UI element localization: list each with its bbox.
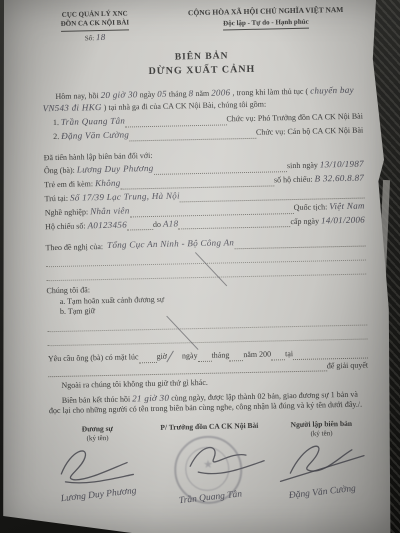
dotted-leader — [229, 351, 243, 361]
passport-issue-date-label: cấp ngày — [290, 216, 319, 227]
officer-role: Phó Trưởng đồn CA CK Nội Bài — [258, 112, 363, 125]
officer-index: 1. — [53, 118, 59, 129]
intro-text-4: năm — [195, 89, 209, 98]
subject-name-label: Ông (bà): — [44, 166, 75, 177]
officer-role-label: Chức vụ: — [226, 114, 256, 125]
signature-section: Đương sự (ký tên) Lương Duy Phương P/ Tr… — [49, 419, 371, 508]
closing-text-1: Biên bản kết thúc hồi — [62, 394, 131, 404]
subject-passport-label: Hộ chiếu số: — [45, 221, 86, 232]
document-photo: CỤC QUẢN LÝ XNC ĐỒN CA CK NỘI BÀI Số: 18… — [0, 0, 400, 533]
officer-name-handwritten: Trần Quang Tân — [61, 115, 125, 128]
closing-time-handwritten: 21 giờ 30 — [132, 392, 169, 403]
document-title: BIÊN BẢN DỪNG XUẤT CẢNH — [42, 48, 362, 80]
subject-nationality-handwritten: Việt Nam — [329, 200, 365, 213]
national-motto-line1: CỘNG HÒA XÃ HỘI CHỦ NGHĨA VIỆT NAM — [171, 5, 361, 19]
closing-paragraph: Biên bản kết thúc hồi 21 giờ 30 cùng ngà… — [49, 388, 369, 417]
dotted-leader — [125, 115, 226, 127]
document-number: Số: 18 — [41, 30, 149, 45]
recorder-signature — [274, 438, 371, 486]
national-header-block: CỘNG HÒA XÃ HỘI CHỦ NGHĨA VIỆT NAM Độc l… — [171, 5, 362, 42]
officer-index: 2. — [53, 132, 59, 143]
national-motto-line2: Độc lập - Tự do - Hạnh phúc — [223, 17, 309, 31]
passport-issue-date-handwritten: 14/01/2006 — [321, 214, 365, 227]
subject-id-handwritten: B 32.60.8.87 — [314, 172, 364, 185]
signature-block-station-chief: P/ Trưởng đồn CA CK Nội Bài Trần Quang T… — [145, 421, 275, 506]
subject-nationality-label: Quốc tịch: — [294, 202, 328, 213]
blank-lines — [46, 247, 367, 282]
subject-job-handwritten: Nhân viên — [90, 205, 130, 218]
intro-text-6: ) tại nhà ga đi của CA CK Nội Bài, chúng… — [104, 99, 267, 111]
document-paper: CỤC QUẢN LÝ XNC ĐỒN CA CK NỘI BÀI Số: 18… — [0, 0, 400, 533]
dotted-leader — [197, 351, 211, 361]
intro-text-2: ngày — [140, 90, 156, 99]
dotted-leader — [271, 350, 285, 360]
blank-lines — [47, 311, 368, 346]
officer-name-handwritten: Đặng Văn Cường — [61, 129, 129, 142]
intro-text-5: , trong khi làm thủ tục ( — [232, 87, 308, 98]
dotted-leader — [138, 352, 156, 362]
intro-year-handwritten: 2006 — [211, 87, 230, 97]
subject-id-label: số hộ chiếu: — [274, 175, 313, 186]
dotted-leader — [120, 176, 274, 189]
signature-block-recorder: Người lập biên bản (ký tên) Đặng Văn Cườ… — [273, 419, 371, 503]
dotted-leader — [178, 218, 290, 230]
dotted-leader — [153, 162, 287, 175]
passport-issuer-handwritten: A18 — [163, 218, 179, 230]
subject-job-label: Nghề nghiệp: — [45, 207, 89, 218]
intro-month-handwritten: 8 — [188, 88, 193, 98]
dotted-leader — [129, 128, 256, 141]
officer-list: 1. Trần Quang Tân Chức vụ: Phó Trưởng đồ… — [43, 110, 363, 142]
subject-companion-handwritten: Không — [95, 178, 121, 190]
subject-dob-label: sinh ngày — [287, 161, 318, 172]
officer-role: Cán bộ CA CK Nội Bài — [287, 126, 363, 138]
subject-dob-handwritten: 13/10/1987 — [320, 159, 364, 172]
document-number-label: Số: — [85, 34, 95, 42]
summon-text-5: năm 200 — [243, 350, 271, 361]
subject-signed-name: Lương Duy Phương — [60, 485, 137, 506]
summon-text-3: ngày — [182, 351, 198, 362]
document-content: CỤC QUẢN LÝ XNC ĐỒN CA CK NỘI BÀI Số: 18… — [0, 0, 400, 533]
intro-day-handwritten: 05 — [157, 89, 167, 99]
summon-text-4: tháng — [211, 350, 229, 361]
signature-block-subject: Đương sự (ký tên) Lương Duy Phương — [49, 423, 147, 507]
officer-role-label: Chức vụ: — [256, 127, 286, 138]
dotted-leader — [130, 204, 294, 217]
summon-text-1: Yêu cầu ông (bà) có mặt lúc — [48, 352, 139, 364]
intro-text-1: Hôm nay, hồi — [55, 91, 98, 101]
dotted-leader — [293, 348, 368, 360]
subject-companion-label: Trẻ em đi kèm: — [44, 180, 93, 192]
subject-signature — [53, 442, 144, 488]
subject-address-handwritten: Số 17/39 Lạc Trung, Hà Nội — [70, 190, 180, 204]
summon-text-6: tại — [285, 349, 293, 360]
dotted-leader — [127, 220, 153, 231]
document-header: CỤC QUẢN LÝ XNC ĐỒN CA CK NỘI BÀI Số: 18… — [41, 5, 362, 45]
summon-text-7: để giải quyết — [327, 360, 369, 371]
subject-address-label: Trú tại: — [44, 194, 68, 205]
passport-issuer-label: do — [153, 220, 161, 231]
intro-time-handwritten: 20 giờ 30 — [101, 89, 138, 100]
subject-name-handwritten: Lương Duy Phương — [77, 163, 154, 176]
document-number-value: 18 — [96, 32, 106, 42]
issuing-unit-block: CỤC QUẢN LÝ XNC ĐỒN CA CK NỘI BÀI Số: 18 — [41, 9, 150, 45]
issuing-unit-line2: ĐỒN CA CK NỘI BÀI — [61, 19, 130, 32]
intro-text-3: tháng — [169, 89, 187, 98]
recorder-signed-name: Đặng Văn Cường — [289, 483, 357, 503]
subject-passport-handwritten: A0123456 — [87, 219, 127, 232]
